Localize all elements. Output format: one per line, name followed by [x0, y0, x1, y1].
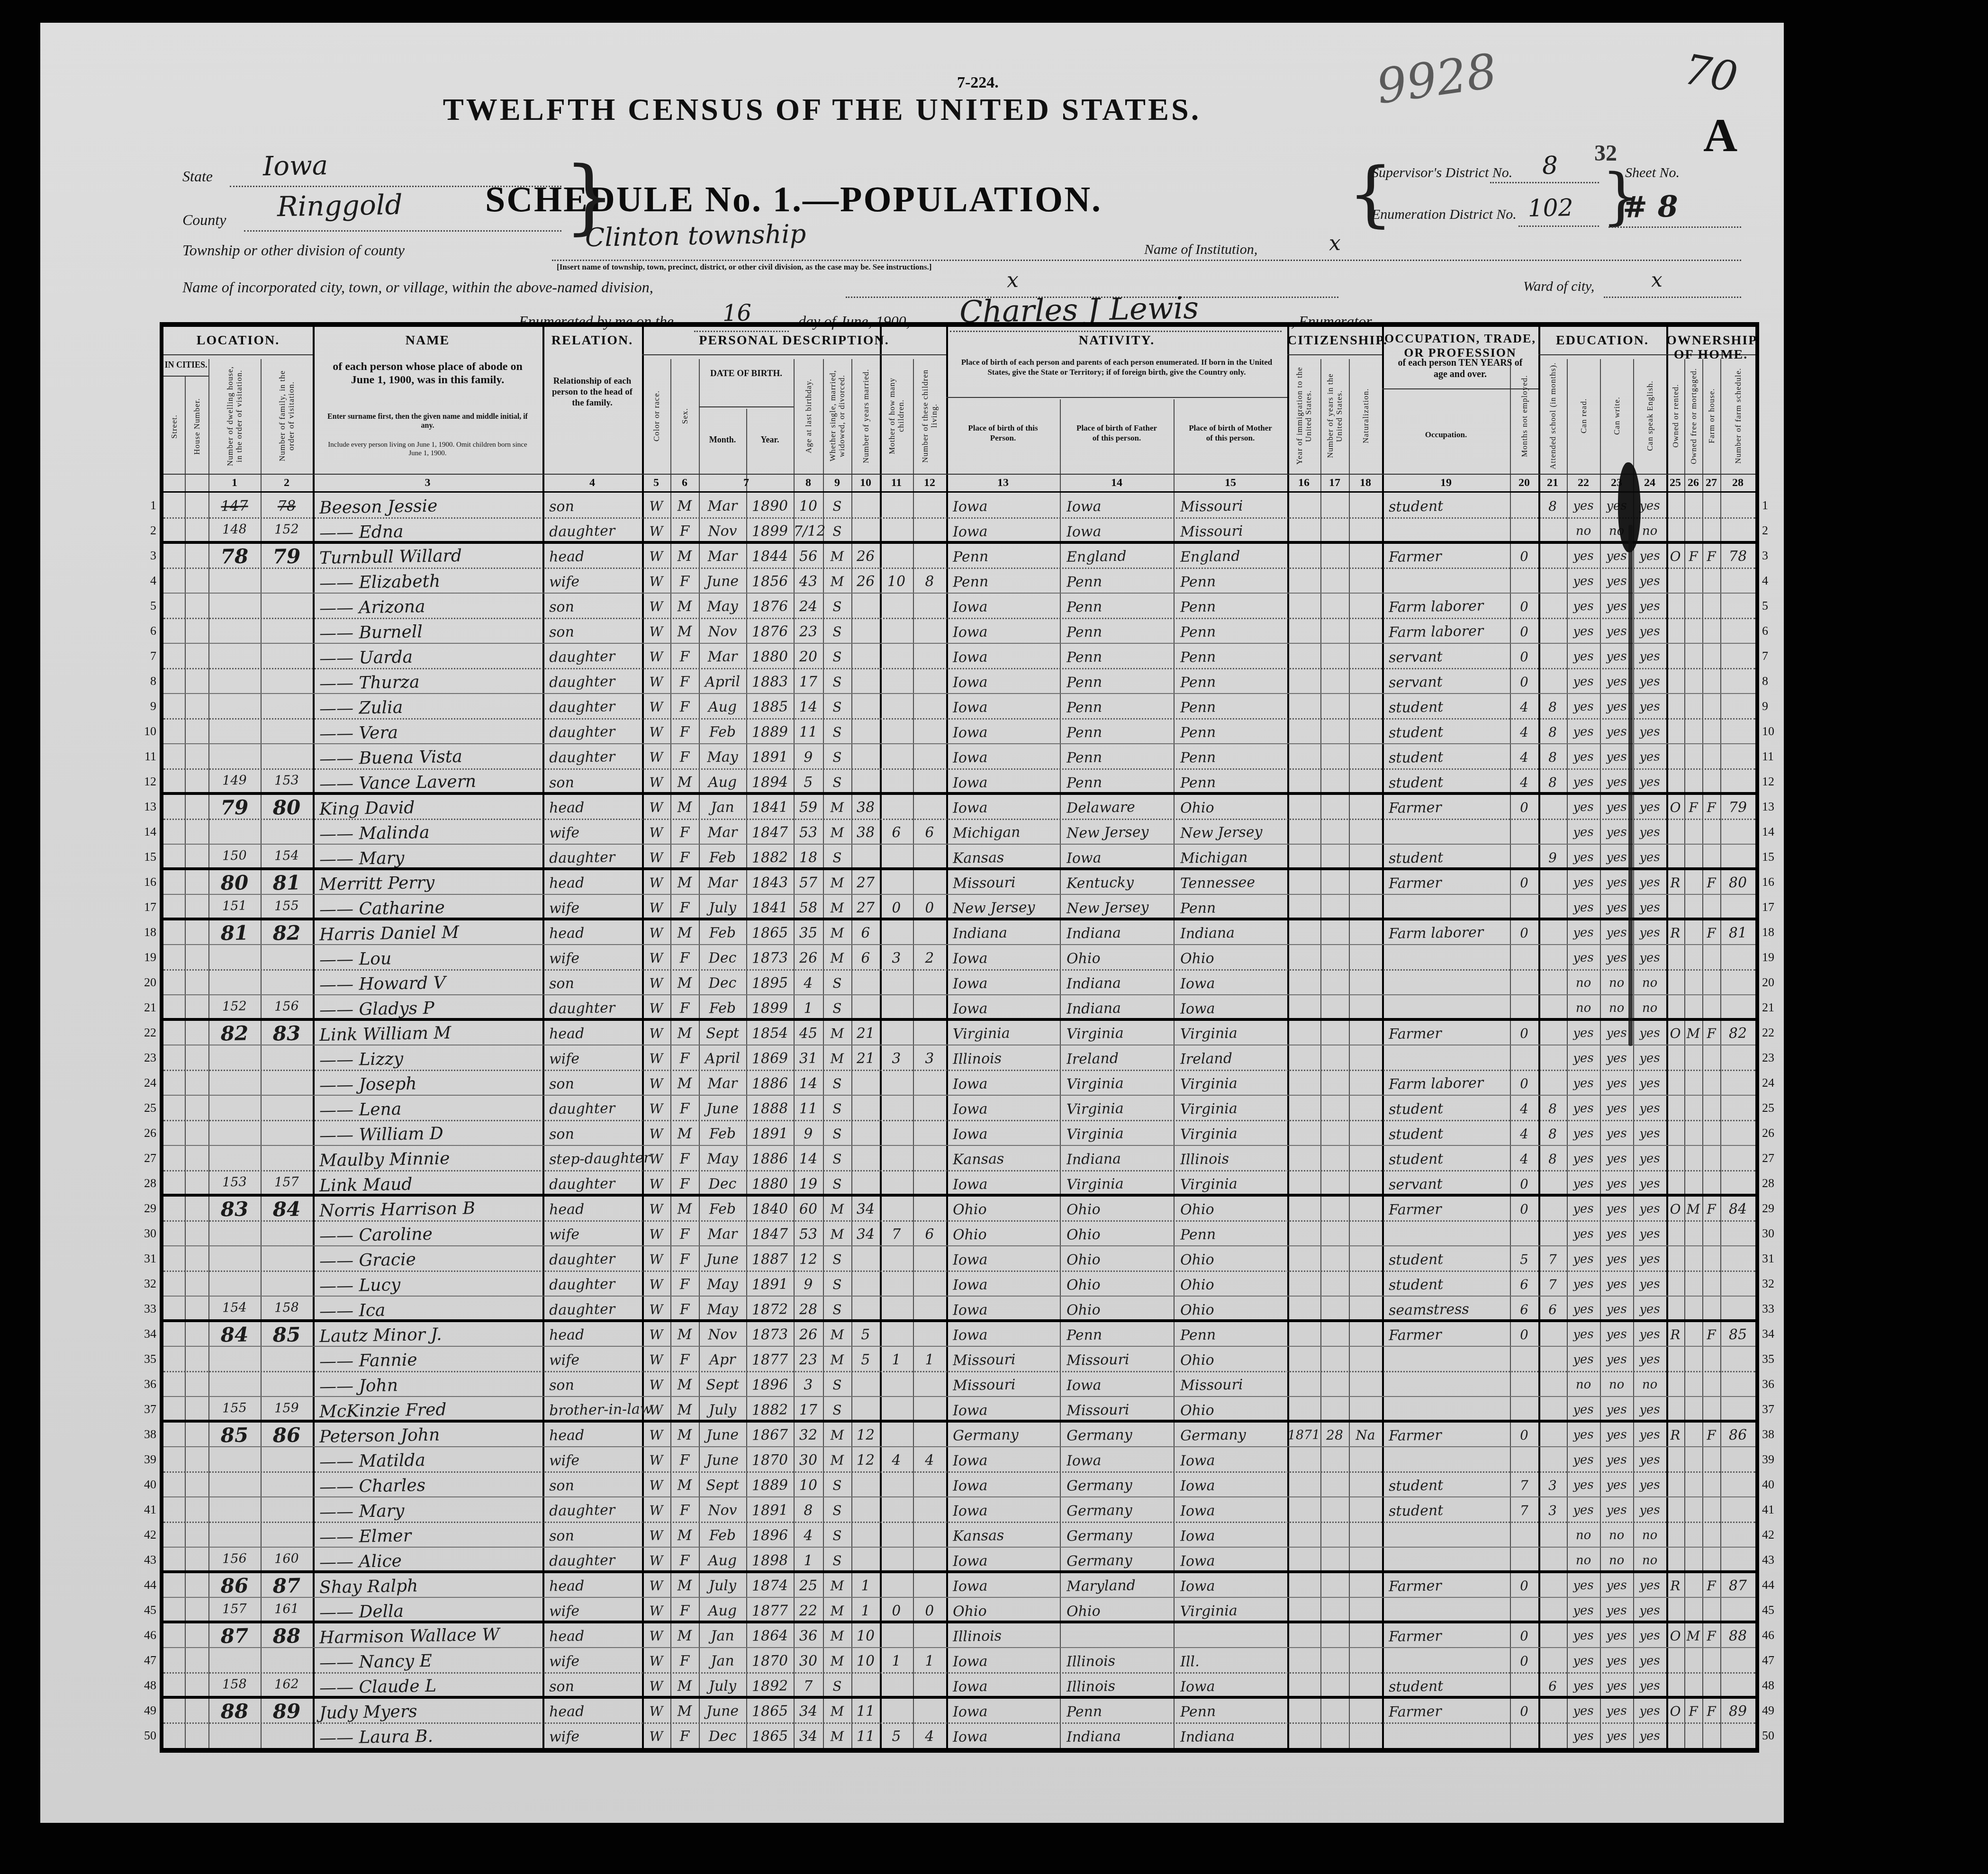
cell-bm: Mar [699, 821, 747, 844]
row-number-right: 33 [1762, 1302, 1784, 1316]
col-line-cb [880, 327, 882, 1748]
cell-bm: June [699, 1700, 747, 1722]
row-number-left: 23 [137, 1051, 156, 1065]
cell-pob: Ohio [946, 1198, 1060, 1221]
cell-mu: 4 [1510, 696, 1539, 718]
cell-wr: no [1600, 1374, 1634, 1396]
cell-pm: Penn [1174, 896, 1288, 919]
cell-pf: Maryland [1060, 1574, 1174, 1597]
cell-name: Norris Harrison B [313, 1197, 543, 1222]
colhead-pob: Place of birth of this Person. [946, 423, 1060, 443]
cell-by: 1856 [746, 570, 794, 593]
cell-age: 9 [794, 746, 823, 768]
row-line [163, 1296, 1755, 1297]
cell-cb: 0 [880, 1600, 913, 1622]
colhead-o2: Owned free or mortgaged. [1684, 361, 1702, 470]
cell-rel: wife [542, 1599, 642, 1622]
cell-occ: student [1382, 1248, 1510, 1271]
cell-wr: yes [1600, 1047, 1634, 1069]
cell-m: M [823, 1600, 852, 1622]
cell-pm: Iowa [1174, 997, 1288, 1020]
cell-m: M [823, 1449, 852, 1471]
row-number-right: 36 [1762, 1377, 1784, 1391]
cell-pm: Ohio [1174, 1298, 1288, 1321]
cell-bm: Dec [699, 972, 747, 994]
cell-sp: yes [1633, 671, 1667, 693]
cell-rel: son [542, 495, 642, 518]
cell-m: M [823, 1022, 852, 1044]
cell-m: S [823, 1098, 852, 1119]
cell-age: 14 [794, 1148, 823, 1170]
cell-age: 3 [794, 1374, 823, 1396]
cell-pf: England [1060, 545, 1174, 568]
cell-mu: 0 [1510, 1650, 1539, 1672]
cell-s: M [670, 1625, 699, 1647]
cell-wr: yes [1600, 1675, 1634, 1697]
cell-age: 4 [794, 1524, 823, 1546]
row-number-left: 46 [137, 1628, 156, 1642]
row-number-left: 22 [137, 1026, 156, 1040]
cell-rel: daughter [542, 670, 642, 694]
cell-ym: 27 [851, 872, 880, 893]
cell-rel: son [542, 1072, 642, 1095]
cell-mu: 4 [1510, 771, 1539, 793]
row-number-right: 50 [1762, 1729, 1784, 1743]
cell-name: —— Gladys P [313, 996, 543, 1021]
cell-pob: Iowa [946, 1122, 1060, 1145]
cell-rel: daughter [542, 721, 642, 744]
cell-wr: yes [1600, 1072, 1634, 1094]
cell-pm: Iowa [1174, 1675, 1288, 1698]
cell-pob: Illinois [946, 1624, 1060, 1648]
section-title-pd: PERSONAL DESCRIPTION. [642, 333, 946, 348]
cell-pob: Missouri [946, 871, 1060, 894]
cell-rd: yes [1567, 1173, 1600, 1195]
cell-bm: May [699, 746, 747, 768]
cell-sp: yes [1633, 1324, 1667, 1345]
cell-name: Beeson Jessie [313, 494, 543, 519]
cell-age: 59 [794, 796, 823, 818]
cell-ym: 6 [851, 947, 880, 969]
cell-pf: Penn [1060, 645, 1174, 668]
cell-fam: 158 [261, 1297, 313, 1319]
cell-mu: 4 [1510, 1148, 1539, 1170]
cell-m: M [823, 821, 852, 843]
cell-bm: Aug [699, 771, 747, 793]
cell-rel: wife [542, 1725, 642, 1748]
cell-by: 1883 [746, 671, 794, 693]
cell-age: 17 [794, 671, 823, 693]
cell-sp: yes [1633, 1198, 1667, 1220]
cell-bm: Mar [699, 646, 747, 668]
cell-age: 11 [794, 1098, 823, 1119]
cell-age: 53 [794, 1223, 823, 1245]
cell-pf: Germany [1060, 1474, 1174, 1497]
cell-bm: June [699, 1449, 747, 1471]
row-number-left: 34 [137, 1327, 156, 1341]
row-line [163, 618, 1755, 619]
row-number-right: 15 [1762, 850, 1784, 864]
row-line [163, 768, 1755, 770]
cell-ym: 21 [851, 1022, 880, 1044]
cell-name: —— John [313, 1372, 543, 1397]
cell-m: M [823, 1324, 852, 1345]
cell-pf: New Jersey [1060, 821, 1174, 844]
row-number-left: 10 [137, 724, 156, 739]
cell-name: Merritt Perry [313, 870, 543, 895]
cell-c: W [642, 721, 671, 743]
cell-pob: Missouri [946, 1373, 1060, 1396]
row-number-left: 20 [137, 975, 156, 990]
colnum-o1: 25 [1666, 477, 1684, 489]
cell-dw: 154 [208, 1297, 261, 1319]
cell-occ: Farmer [1382, 1624, 1510, 1648]
cell-bm: Aug [699, 1600, 747, 1622]
cell-by: 1889 [746, 1474, 794, 1496]
cell-cl: 1 [913, 1349, 947, 1370]
row-line [163, 792, 1755, 795]
cell-pob: Iowa [946, 771, 1060, 794]
year-label: Year. [746, 435, 794, 445]
cell-bm: Feb [699, 1524, 747, 1547]
colnum-na: 18 [1349, 477, 1382, 489]
cell-by: 1873 [746, 1324, 794, 1346]
cell-dw: 148 [208, 518, 261, 541]
cell-occ: student [1382, 721, 1510, 744]
cell-pm: New Jersey [1174, 821, 1288, 844]
cell-mu: 0 [1510, 545, 1539, 567]
cell-m: S [823, 771, 852, 793]
cell-ym: 6 [851, 922, 880, 944]
cell-rd: yes [1567, 1449, 1600, 1471]
cell-rd: yes [1567, 922, 1600, 944]
row-number-left: 15 [137, 850, 156, 864]
cell-m: M [823, 570, 852, 592]
cell-occ: student [1382, 495, 1510, 518]
cell-s: F [670, 1725, 699, 1747]
cell-by: 1865 [746, 1700, 794, 1722]
cell-age: 35 [794, 922, 823, 944]
cell-sp: yes [1633, 1123, 1667, 1144]
cell-sc: 8 [1538, 1148, 1567, 1170]
cell-ym: 1 [851, 1600, 880, 1622]
cell-sp: yes [1633, 1349, 1667, 1370]
cell-o3: F [1702, 1023, 1721, 1045]
row-number-left: 14 [137, 825, 156, 839]
cell-pm: Iowa [1174, 1549, 1288, 1572]
cell-s: F [670, 1223, 699, 1245]
cell-pf: Indiana [1060, 1725, 1174, 1748]
cell-o3: F [1702, 872, 1721, 894]
cell-occ: Farmer [1382, 796, 1510, 820]
cell-rd: yes [1567, 897, 1600, 919]
cell-name: —— Fannie [313, 1347, 543, 1372]
cell-age: 23 [794, 1349, 823, 1370]
row-number-right: 5 [1762, 599, 1784, 613]
row-number-left: 35 [137, 1352, 156, 1366]
row-line [163, 1722, 1755, 1724]
cell-pob: Illinois [946, 1047, 1060, 1070]
cell-cb: 1 [880, 1650, 913, 1672]
in-cities-label: IN CITIES. [163, 360, 208, 370]
cell-rd: yes [1567, 1600, 1600, 1622]
cell-age: 32 [794, 1424, 823, 1446]
row-line [163, 568, 1755, 569]
row-number-right: 49 [1762, 1703, 1784, 1718]
cell-pf: Virginia [1060, 1072, 1174, 1095]
cell-age: 14 [794, 1072, 823, 1094]
cell-rel: head [542, 1574, 642, 1597]
cell-by: 1841 [746, 897, 794, 919]
cell-pf: Virginia [1060, 1172, 1174, 1196]
cell-sp: yes [1633, 621, 1667, 642]
cell-occ: student [1382, 1273, 1510, 1297]
cell-age: 1 [794, 997, 823, 1019]
cell-pf: Penn [1060, 1323, 1174, 1346]
cell-pob: Iowa [946, 1700, 1060, 1723]
cell-wr: yes [1600, 1148, 1634, 1170]
row-line [163, 1396, 1755, 1397]
cell-s: M [670, 972, 699, 994]
cell-m: S [823, 847, 852, 868]
cell-m: M [823, 1575, 852, 1596]
cell-wr: yes [1600, 1198, 1634, 1220]
row-line [163, 517, 1755, 519]
cell-sp: yes [1633, 1173, 1667, 1195]
row-number-left: 12 [137, 775, 156, 789]
colhead-yu: Number of years in the United States. [1320, 361, 1349, 470]
row-line [163, 969, 1755, 971]
cell-pm: Penn [1174, 1700, 1288, 1723]
cell-pm: Penn [1174, 771, 1288, 794]
cell-dw: 84 [208, 1324, 261, 1346]
cell-dw: 85 [208, 1424, 261, 1446]
cell-age: 57 [794, 872, 823, 893]
cell-c: W [642, 972, 671, 994]
cell-pf: Illinois [1060, 1675, 1174, 1698]
cell-sp: yes [1633, 1298, 1667, 1320]
colhead-o1: Owned or rented. [1666, 361, 1684, 470]
cell-wr: yes [1600, 1499, 1634, 1521]
cell-sc: 8 [1538, 696, 1567, 718]
row-line [163, 1522, 1755, 1523]
row-number-right: 13 [1762, 800, 1784, 814]
cell-by: 1877 [746, 1600, 794, 1622]
colnum-name: 3 [313, 477, 542, 489]
cell-sp: yes [1633, 595, 1667, 617]
colhead-ym: Number of years married. [851, 361, 880, 470]
cell-fam: 89 [261, 1700, 313, 1722]
cell-bm: Jan [699, 1625, 747, 1647]
row-number-left: 21 [137, 1000, 156, 1015]
row-number-left: 8 [137, 674, 156, 688]
cell-occ: student [1382, 1675, 1510, 1698]
cell-sp: yes [1633, 1625, 1667, 1647]
cell-rd: no [1567, 1550, 1600, 1571]
row-number-left: 9 [137, 699, 156, 713]
cell-age: 26 [794, 1324, 823, 1345]
cell-name: —— Buena Vista [313, 745, 543, 770]
cell-sc: 7 [1538, 1273, 1567, 1295]
row-number-left: 33 [137, 1302, 156, 1316]
row-line [163, 844, 1755, 845]
cell-pf: Iowa [1060, 1373, 1174, 1396]
cell-bm: May [699, 1298, 747, 1321]
cell-age: 30 [794, 1449, 823, 1471]
cell-rel: head [542, 545, 642, 568]
cell-s: M [670, 796, 699, 818]
name-desc-include: Include every person living on June 1, 1… [313, 441, 542, 458]
cell-m: S [823, 1550, 852, 1571]
cell-rel: son [542, 771, 642, 794]
cell-mu: 0 [1510, 646, 1539, 667]
cell-sp: yes [1633, 1600, 1667, 1622]
cell-c: W [642, 696, 671, 718]
cell-mu: 4 [1510, 721, 1539, 743]
cell-wr: yes [1600, 1600, 1634, 1622]
cell-sc: 3 [1538, 1474, 1567, 1496]
row-number-right: 47 [1762, 1653, 1784, 1667]
cell-sc: 3 [1538, 1499, 1567, 1521]
cell-age: 60 [794, 1198, 823, 1220]
row-number-left: 49 [137, 1703, 156, 1718]
row-number-left: 28 [137, 1176, 156, 1190]
cell-pob: Iowa [946, 1725, 1060, 1748]
cell-c: W [642, 1123, 671, 1144]
cell-o2: M [1684, 1023, 1703, 1045]
cell-by: 1894 [746, 771, 794, 793]
cell-pm: Indiana [1174, 921, 1288, 945]
cell-c: W [642, 1675, 671, 1697]
cell-pf: Iowa [1060, 846, 1174, 869]
cell-bm: May [699, 1148, 747, 1170]
cell-cb: 7 [880, 1223, 913, 1245]
row-line [163, 1170, 1755, 1171]
name-desc-main: of each person whose place of abode on J… [313, 360, 542, 387]
cell-occ: Farmer [1382, 1424, 1510, 1447]
cell-by: 1898 [746, 1550, 794, 1572]
row-line [163, 1696, 1755, 1699]
cell-bm: Feb [699, 847, 747, 869]
row-number-left: 25 [137, 1101, 156, 1115]
cell-pm: Indiana [1174, 1725, 1288, 1748]
cell-sp: yes [1633, 1223, 1667, 1245]
row-number-left: 42 [137, 1528, 156, 1542]
row-line [163, 1496, 1755, 1497]
row-number-right: 37 [1762, 1402, 1784, 1416]
cell-pm: Iowa [1174, 972, 1288, 995]
cell-name: Maulby Minnie [313, 1146, 543, 1171]
cell-name: —— Charles [313, 1473, 543, 1498]
row-line [163, 1018, 1755, 1021]
cell-rel: son [542, 1474, 642, 1497]
cell-by: 1896 [746, 1374, 794, 1396]
cell-o1: R [1666, 922, 1685, 944]
cell-pob: Iowa [946, 997, 1060, 1020]
cell-sp: yes [1633, 847, 1667, 868]
cell-fam: 156 [261, 995, 313, 1018]
row-number-left: 41 [137, 1503, 156, 1517]
cell-pf: Iowa [1060, 495, 1174, 518]
cell-dw: 147 [208, 495, 261, 517]
cell-sp: yes [1633, 570, 1667, 592]
cell-rel: wife [542, 570, 642, 593]
cell-pf: Penn [1060, 595, 1174, 618]
cell-pob: Iowa [946, 520, 1060, 543]
cell-c: W [642, 872, 671, 893]
cell-name: —— Claude L [313, 1674, 543, 1699]
cell-name: —— Laura B. [313, 1724, 543, 1749]
row-number-right: 40 [1762, 1478, 1784, 1492]
row-line [163, 1346, 1755, 1347]
screenshot-root: { "page": { "form_code": "7-224.", "cens… [0, 0, 1988, 1874]
row-number-right: 14 [1762, 825, 1784, 839]
occ-desc: of each person TEN YEARS of age and over… [1382, 357, 1538, 380]
cell-o1: R [1666, 1575, 1685, 1597]
cell-name: —— Lena [313, 1096, 543, 1121]
cell-bm: June [699, 1248, 747, 1270]
cell-pf: Penn [1060, 570, 1174, 593]
colhead-s: Sex. [670, 361, 699, 470]
cell-cl: 3 [913, 1047, 947, 1069]
cell-pf: Delaware [1060, 796, 1174, 819]
cell-pf: Ohio [1060, 1223, 1174, 1246]
cell-rel: wife [542, 1449, 642, 1472]
cell-fam: 87 [261, 1575, 313, 1597]
col-line-sc [1538, 327, 1540, 1748]
cell-mu: 0 [1510, 796, 1539, 818]
cell-o3: F [1702, 1324, 1721, 1346]
cell-rd: yes [1567, 1324, 1600, 1345]
cell-dw: 151 [208, 895, 261, 917]
cell-rd: no [1567, 1374, 1600, 1396]
cell-rd: no [1567, 997, 1600, 1019]
cell-c: W [642, 1374, 671, 1396]
cell-fam: 82 [261, 922, 313, 944]
cell-c: W [642, 847, 671, 868]
cell-s: M [670, 771, 699, 793]
cell-pob: Iowa [946, 1675, 1060, 1698]
cell-dw: 88 [208, 1700, 261, 1722]
cell-rel: wife [542, 1649, 642, 1673]
section-title-own: OWNERSHIP OF HOME. [1666, 333, 1755, 362]
cell-by: 1867 [746, 1424, 794, 1446]
cell-fam: 157 [261, 1171, 313, 1193]
row-number-left: 45 [137, 1603, 156, 1617]
cell-age: 18 [794, 847, 823, 868]
colhead-cl: Number of these children living. [913, 361, 946, 470]
cell-mu: 0 [1510, 1700, 1539, 1722]
cell-sp: yes [1633, 897, 1667, 919]
cell-sp: no [1633, 1374, 1667, 1396]
cell-age: 4 [794, 972, 823, 994]
cell-o3: F [1702, 922, 1721, 944]
cell-pf: Virginia [1060, 1097, 1174, 1120]
hdr-rule-incities [163, 376, 208, 377]
cell-rel: daughter [542, 746, 642, 769]
row-line [163, 1647, 1755, 1648]
cell-o2: M [1684, 1198, 1703, 1220]
cell-pm: Virginia [1174, 1172, 1288, 1196]
row-line [163, 1270, 1755, 1272]
colnum-dw: 1 [208, 477, 261, 489]
cell-iy: 1871 [1287, 1424, 1321, 1446]
relation-desc: Relationship of each person to the head … [542, 376, 642, 408]
cell-bm: July [699, 1675, 747, 1697]
cell-rel: wife [542, 821, 642, 844]
cell-cb: 5 [880, 1725, 913, 1747]
cell-rd: yes [1567, 1625, 1600, 1647]
